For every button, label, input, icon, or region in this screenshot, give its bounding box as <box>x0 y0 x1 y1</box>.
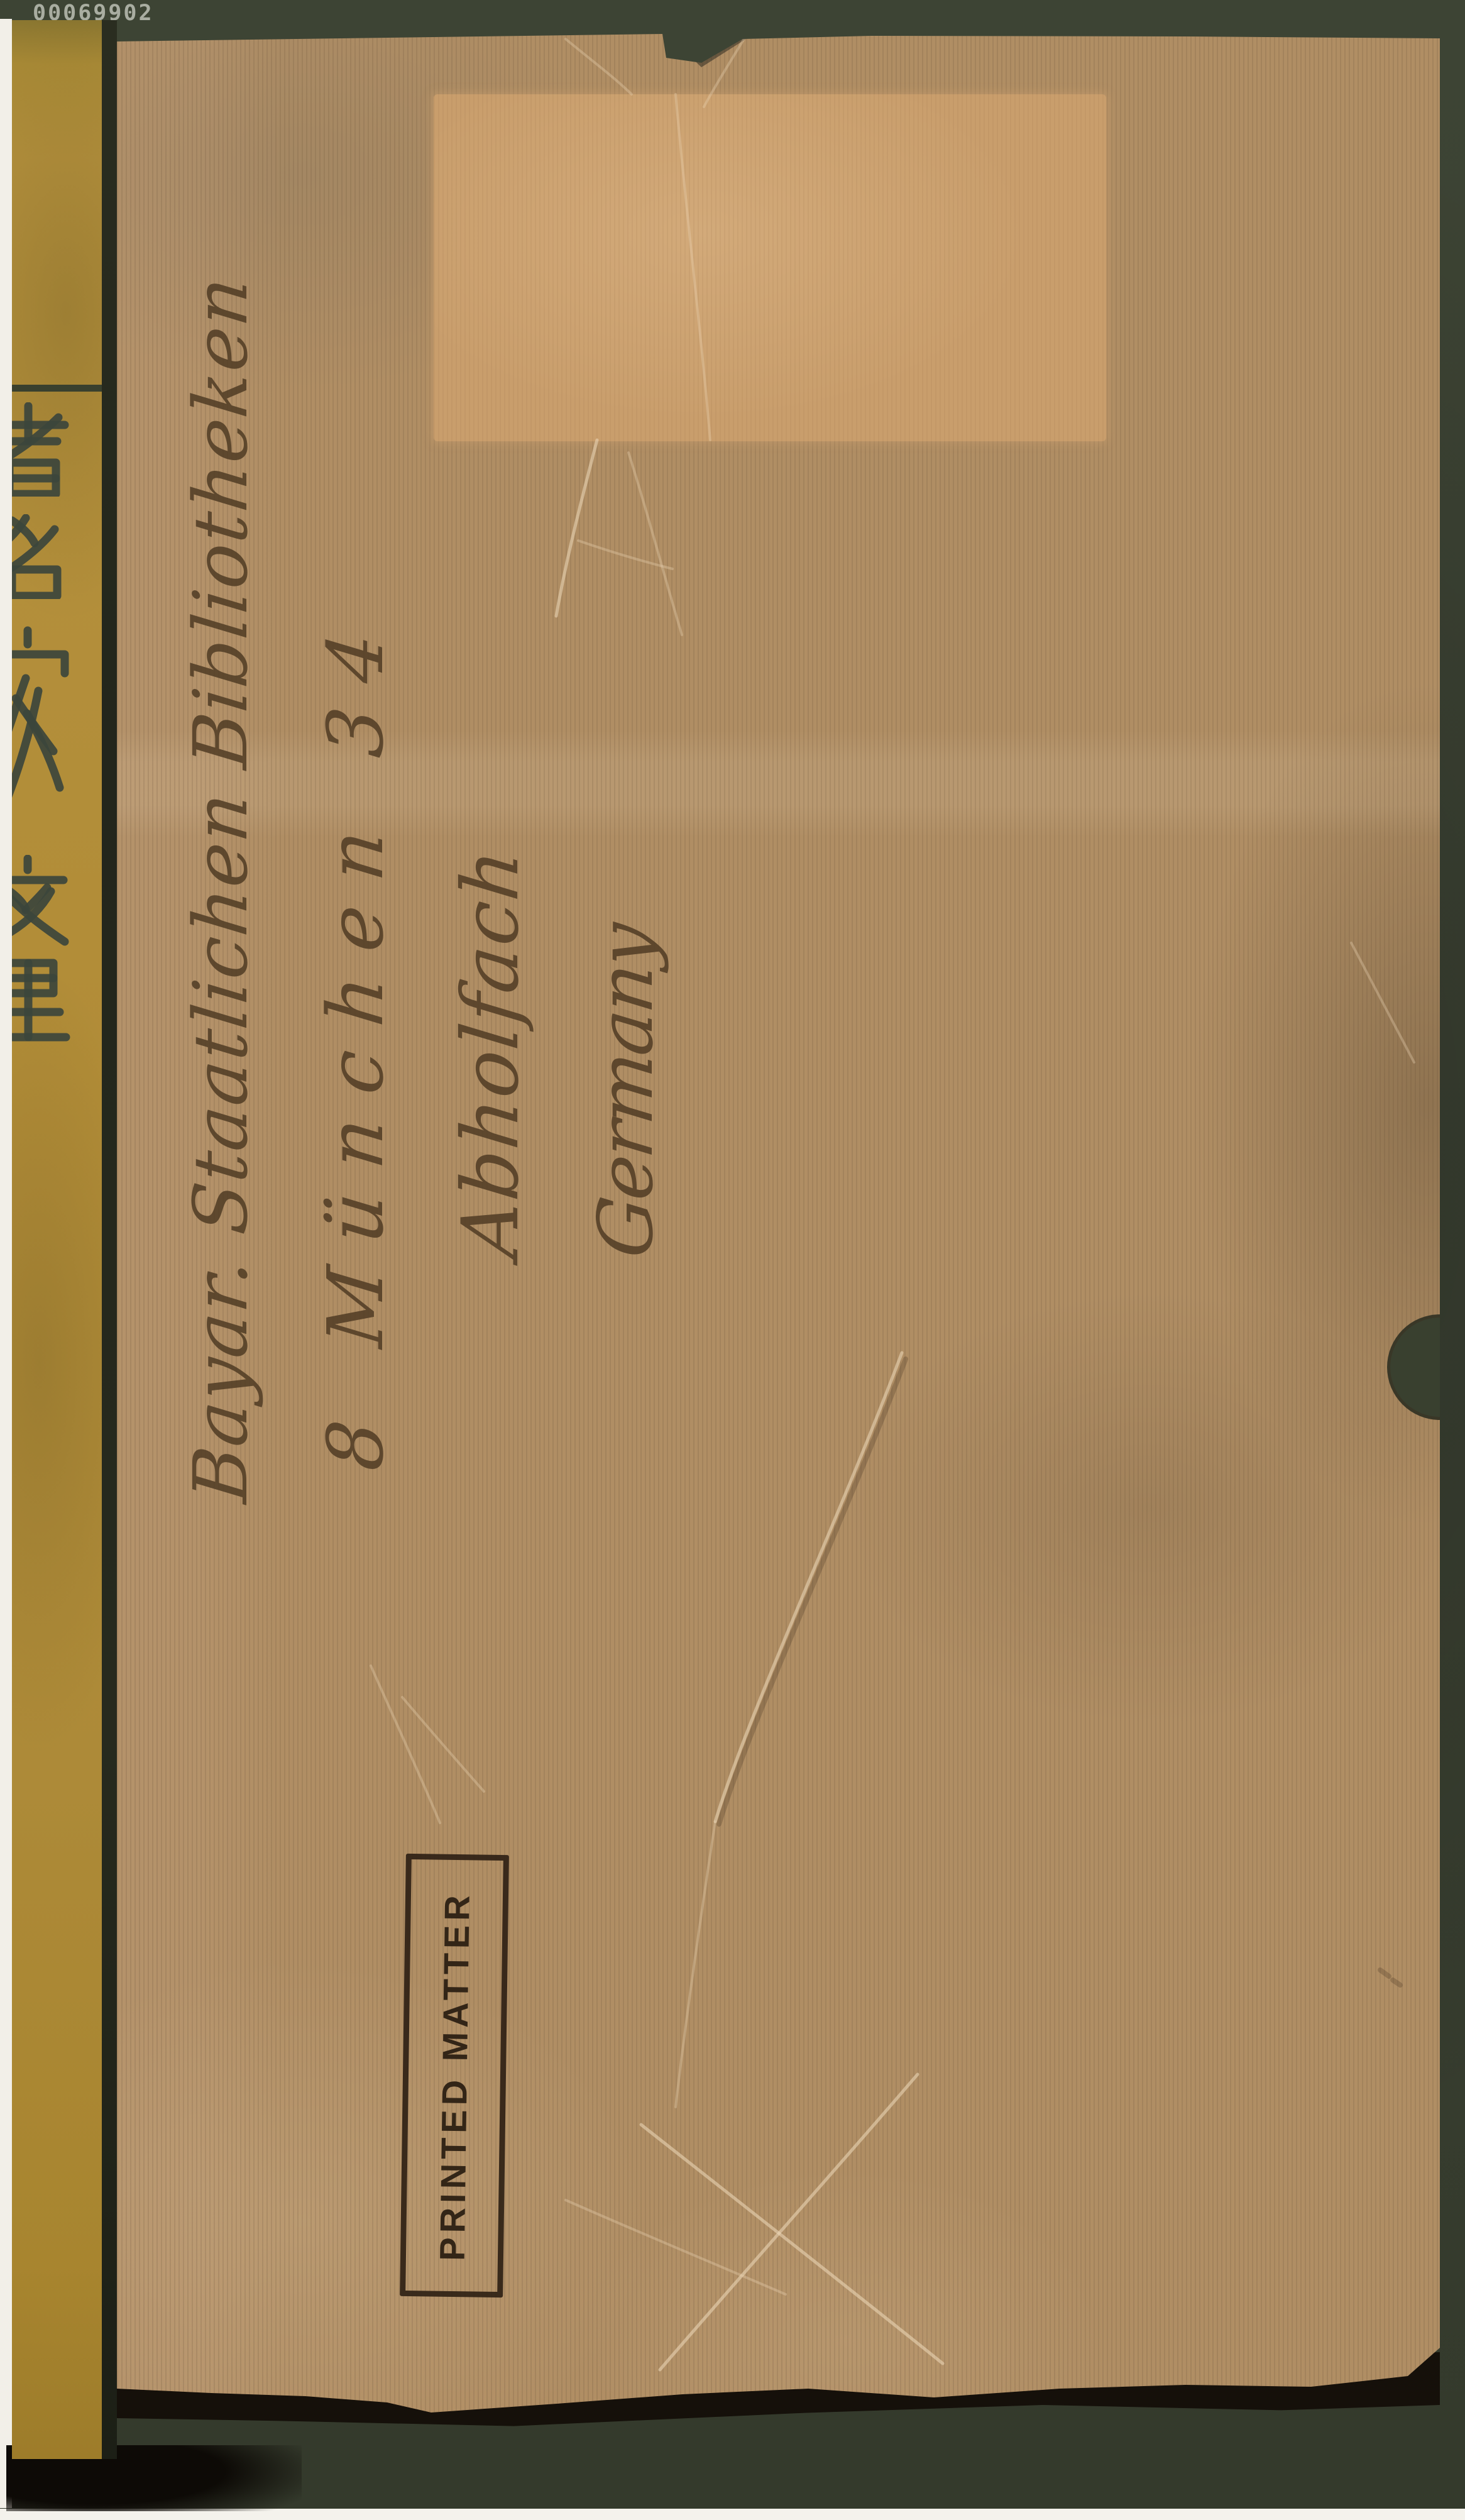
scanner-edge-left <box>0 19 12 2508</box>
address-line-city: 8 München 34 <box>288 345 424 1516</box>
printed-matter-stamp: PRINTED MATTER <box>400 1854 509 2297</box>
book-spine-strip <box>12 20 102 2459</box>
spine-shadow-gap <box>102 20 117 2459</box>
thumb-notch <box>1387 1314 1465 1420</box>
spine-character-glyph <box>12 402 75 497</box>
spine-character-glyph <box>12 514 75 599</box>
address-line-country: Germany <box>559 345 694 1516</box>
printed-matter-stamp-label: PRINTED MATTER <box>431 1890 477 2260</box>
address-line-pobox: Abholfach <box>424 345 559 1516</box>
spine-character-glyph <box>12 957 75 1048</box>
spine-character-glyph <box>12 625 75 814</box>
address-line-institution: Bayar. Staatlichen Bibliotheken <box>145 344 288 1516</box>
kraft-envelope: Bayar. Staatlichen Bibliotheken 8 Münche… <box>117 33 1440 2413</box>
spine-character-glyph <box>12 855 75 946</box>
book-scan: 00069902 <box>0 0 1465 2520</box>
handwritten-address: Bayar. Staatlichen Bibliotheken 8 Münche… <box>145 352 685 1509</box>
title-slip-border <box>12 385 102 392</box>
